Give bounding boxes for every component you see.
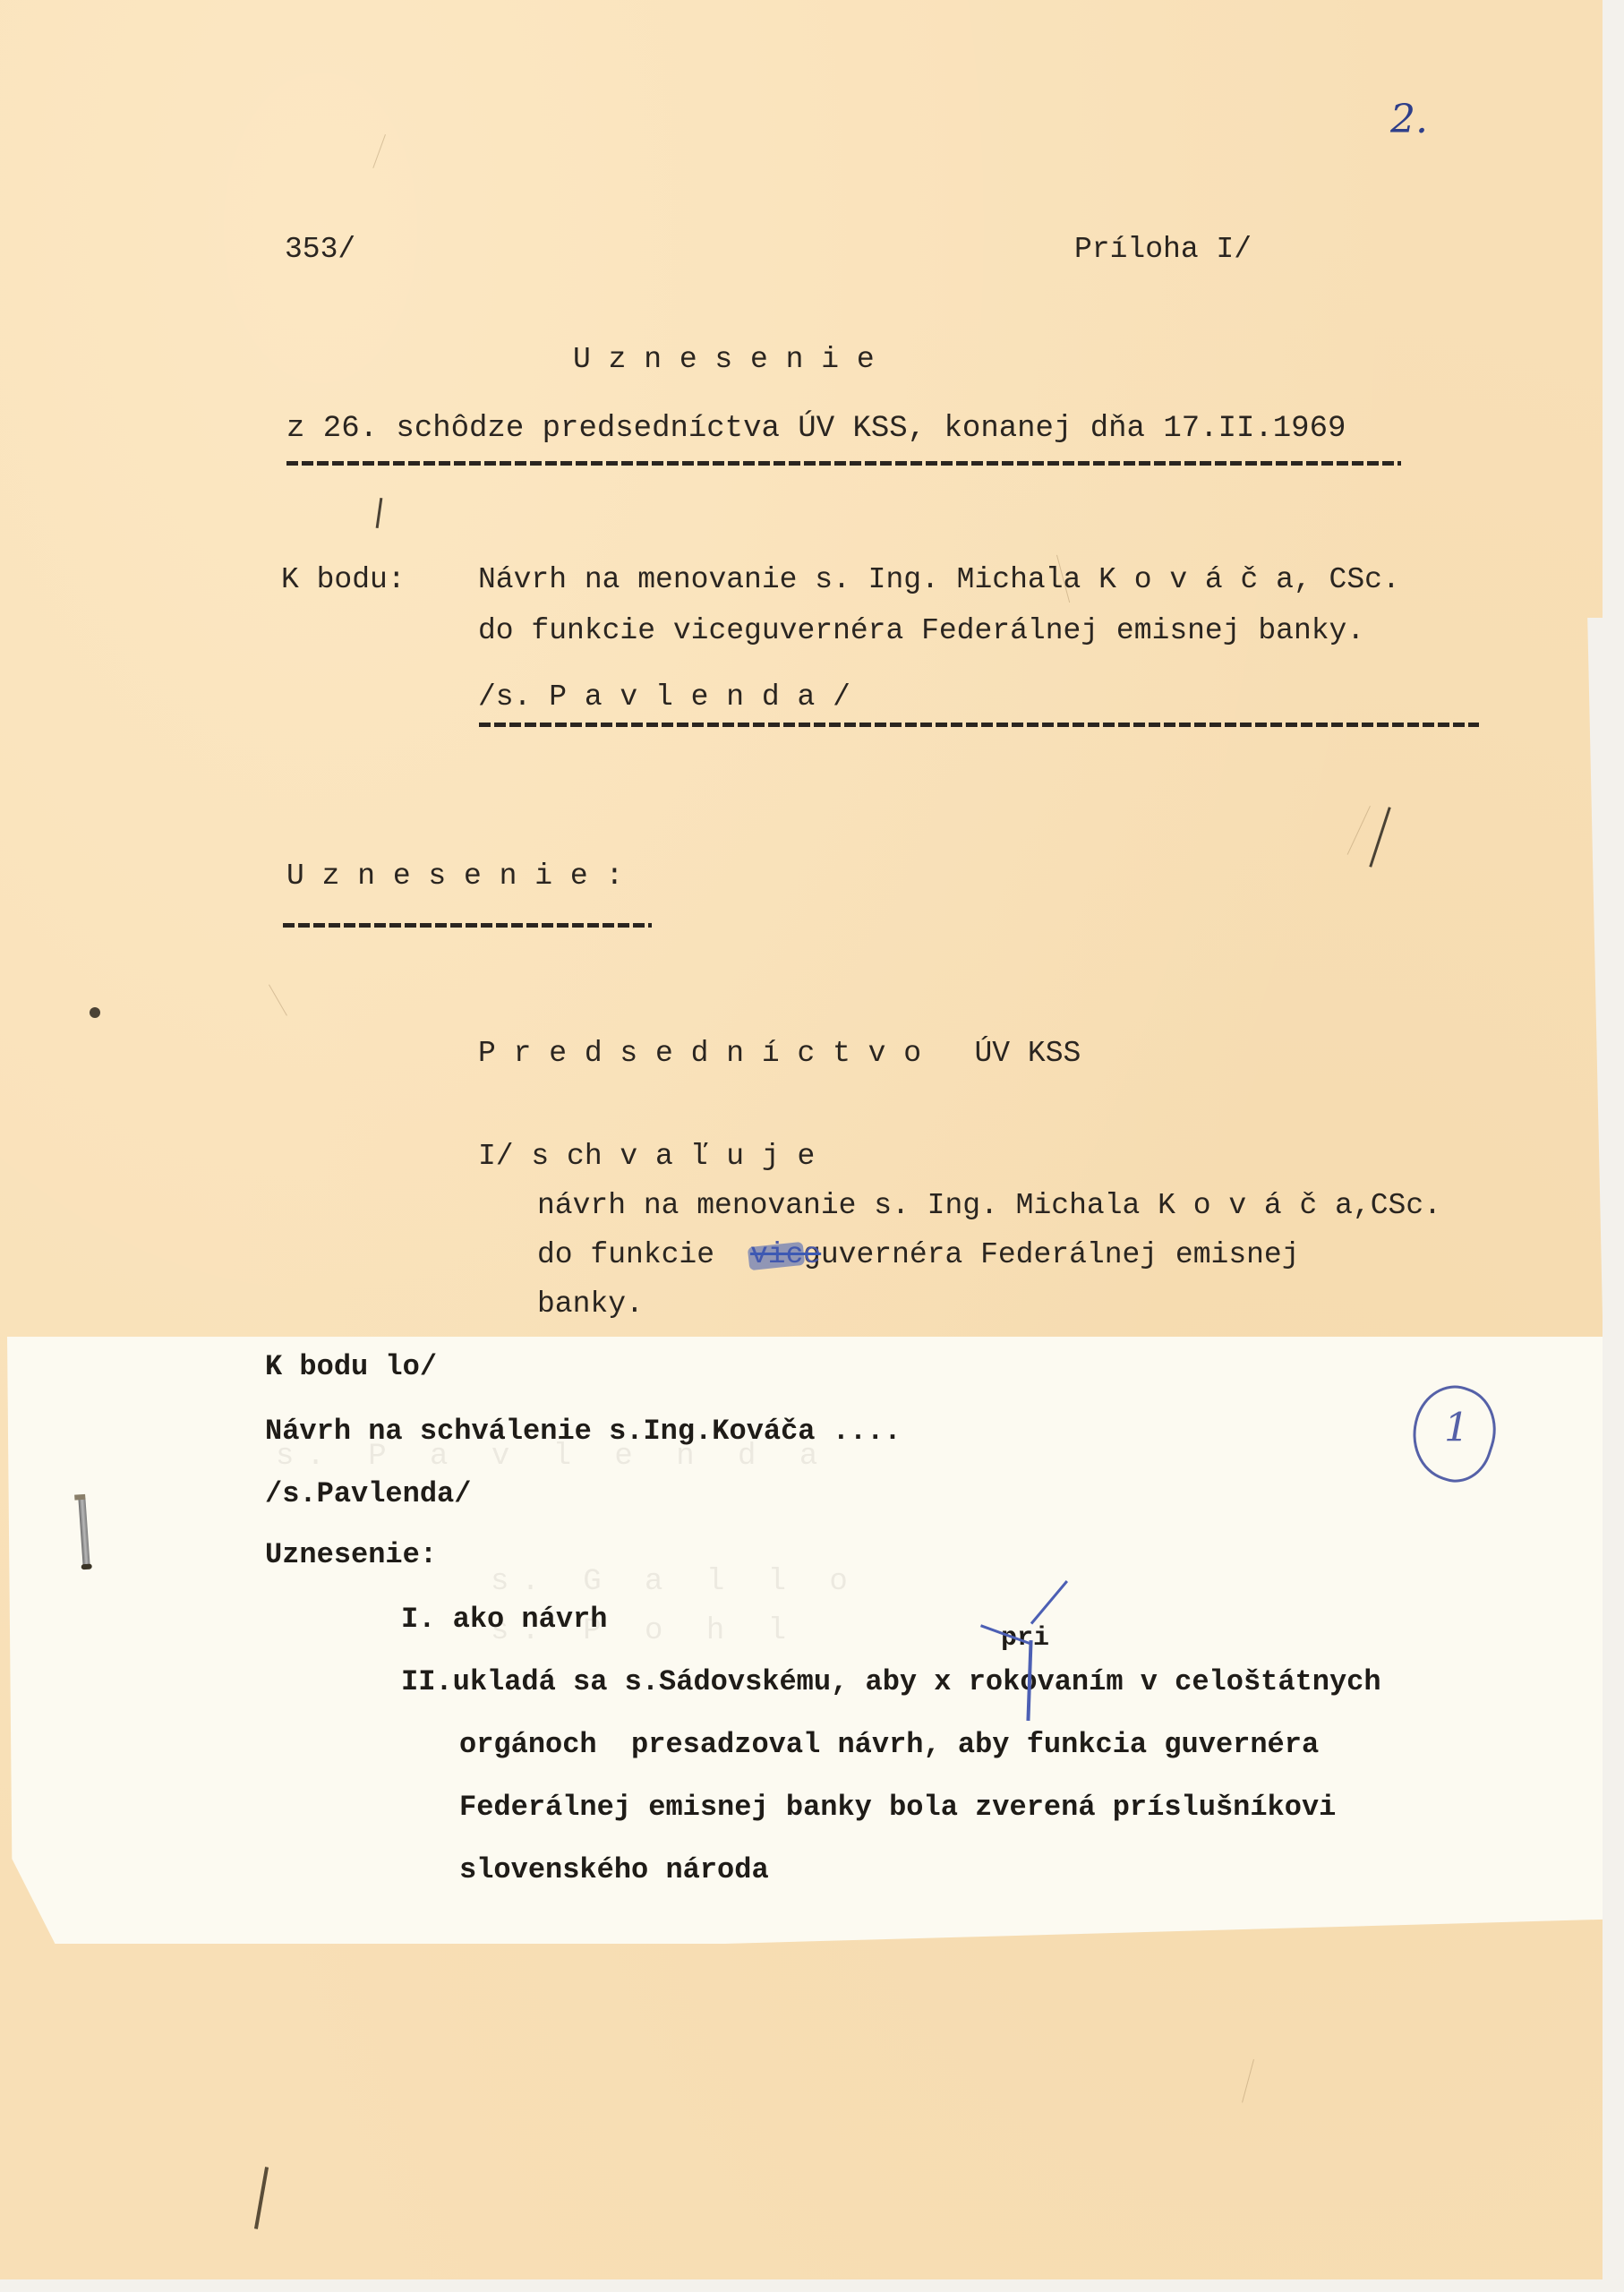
agenda-label: K bodu:	[281, 565, 406, 594]
resolution-heading-underline	[283, 923, 652, 928]
paper-fiber	[269, 985, 287, 1016]
subtitle-underline	[286, 461, 1401, 466]
ink-dot	[90, 1007, 100, 1018]
slip-point-2: II.ukladá sa s.Sádovskému, aby x rokovan…	[401, 1668, 1381, 1697]
agenda-line-2: do funkcie viceguvernéra Federálnej emis…	[478, 616, 1364, 646]
folio-number: 2.	[1390, 100, 1428, 140]
agenda-underline	[479, 723, 1479, 727]
paper-fiber	[1347, 806, 1371, 855]
slip-point-2-cont-2: Federálnej emisnej banky bola zverená pr…	[459, 1793, 1336, 1822]
ghost-text: s. G a l l o	[491, 1565, 860, 1599]
approval-line-2: do funkcie guvernéra Federálnej emisnej	[537, 1240, 1300, 1270]
resolution-heading: U z n e s e n i e :	[286, 861, 623, 891]
slip-item-label: K bodu lo/	[265, 1353, 437, 1381]
pencil-stroke	[254, 2167, 269, 2229]
document-number: 353/	[285, 235, 355, 264]
sheet-edge	[1577, 618, 1603, 1316]
approval-line-1: návrh na menovanie s. Ing. Michala K o v…	[537, 1191, 1441, 1220]
slip-resolution-label: Uznesenie:	[265, 1541, 437, 1569]
paper-fiber	[1242, 2059, 1254, 2103]
agenda-presenter: /s. P a v l e n d a /	[478, 682, 850, 712]
agenda-line-1: Návrh na menovanie s. Ing. Michala K o v…	[478, 565, 1400, 594]
document-title: U z n e s e n i e	[573, 345, 875, 374]
pencil-stroke	[1369, 807, 1390, 868]
slip-point-2-cont-1: orgánoch presadzoval návrh, aby funkcia …	[459, 1731, 1319, 1759]
pencil-tick	[376, 498, 383, 528]
approval-point-label: I/ s ch v a ľ u j e	[478, 1142, 815, 1171]
document-subtitle: z 26. schôdze predsedníctva ÚV KSS, kona…	[286, 414, 1346, 444]
slip-proposal: Návrh na schválenie s.Ing.Kováča ....	[265, 1417, 902, 1446]
slip-point-1: I. ako návrh	[401, 1605, 607, 1634]
slip-presenter: /s.Pavlenda/	[265, 1480, 471, 1509]
approval-line-3: banky.	[537, 1289, 644, 1319]
body-title: P r e d s e d n í c t v o ÚV KSS	[478, 1039, 1081, 1068]
circled-number: 1	[1444, 1406, 1469, 1451]
paper-fiber	[372, 134, 386, 168]
attachment-label: Príloha I/	[1074, 235, 1252, 264]
slip-point-2-cont-3: slovenského národa	[459, 1856, 769, 1885]
attached-slip: s. P a v l e n d a s. G a l l o s. P o h…	[7, 1337, 1603, 1944]
handwritten-insert: pri	[1001, 1625, 1049, 1652]
